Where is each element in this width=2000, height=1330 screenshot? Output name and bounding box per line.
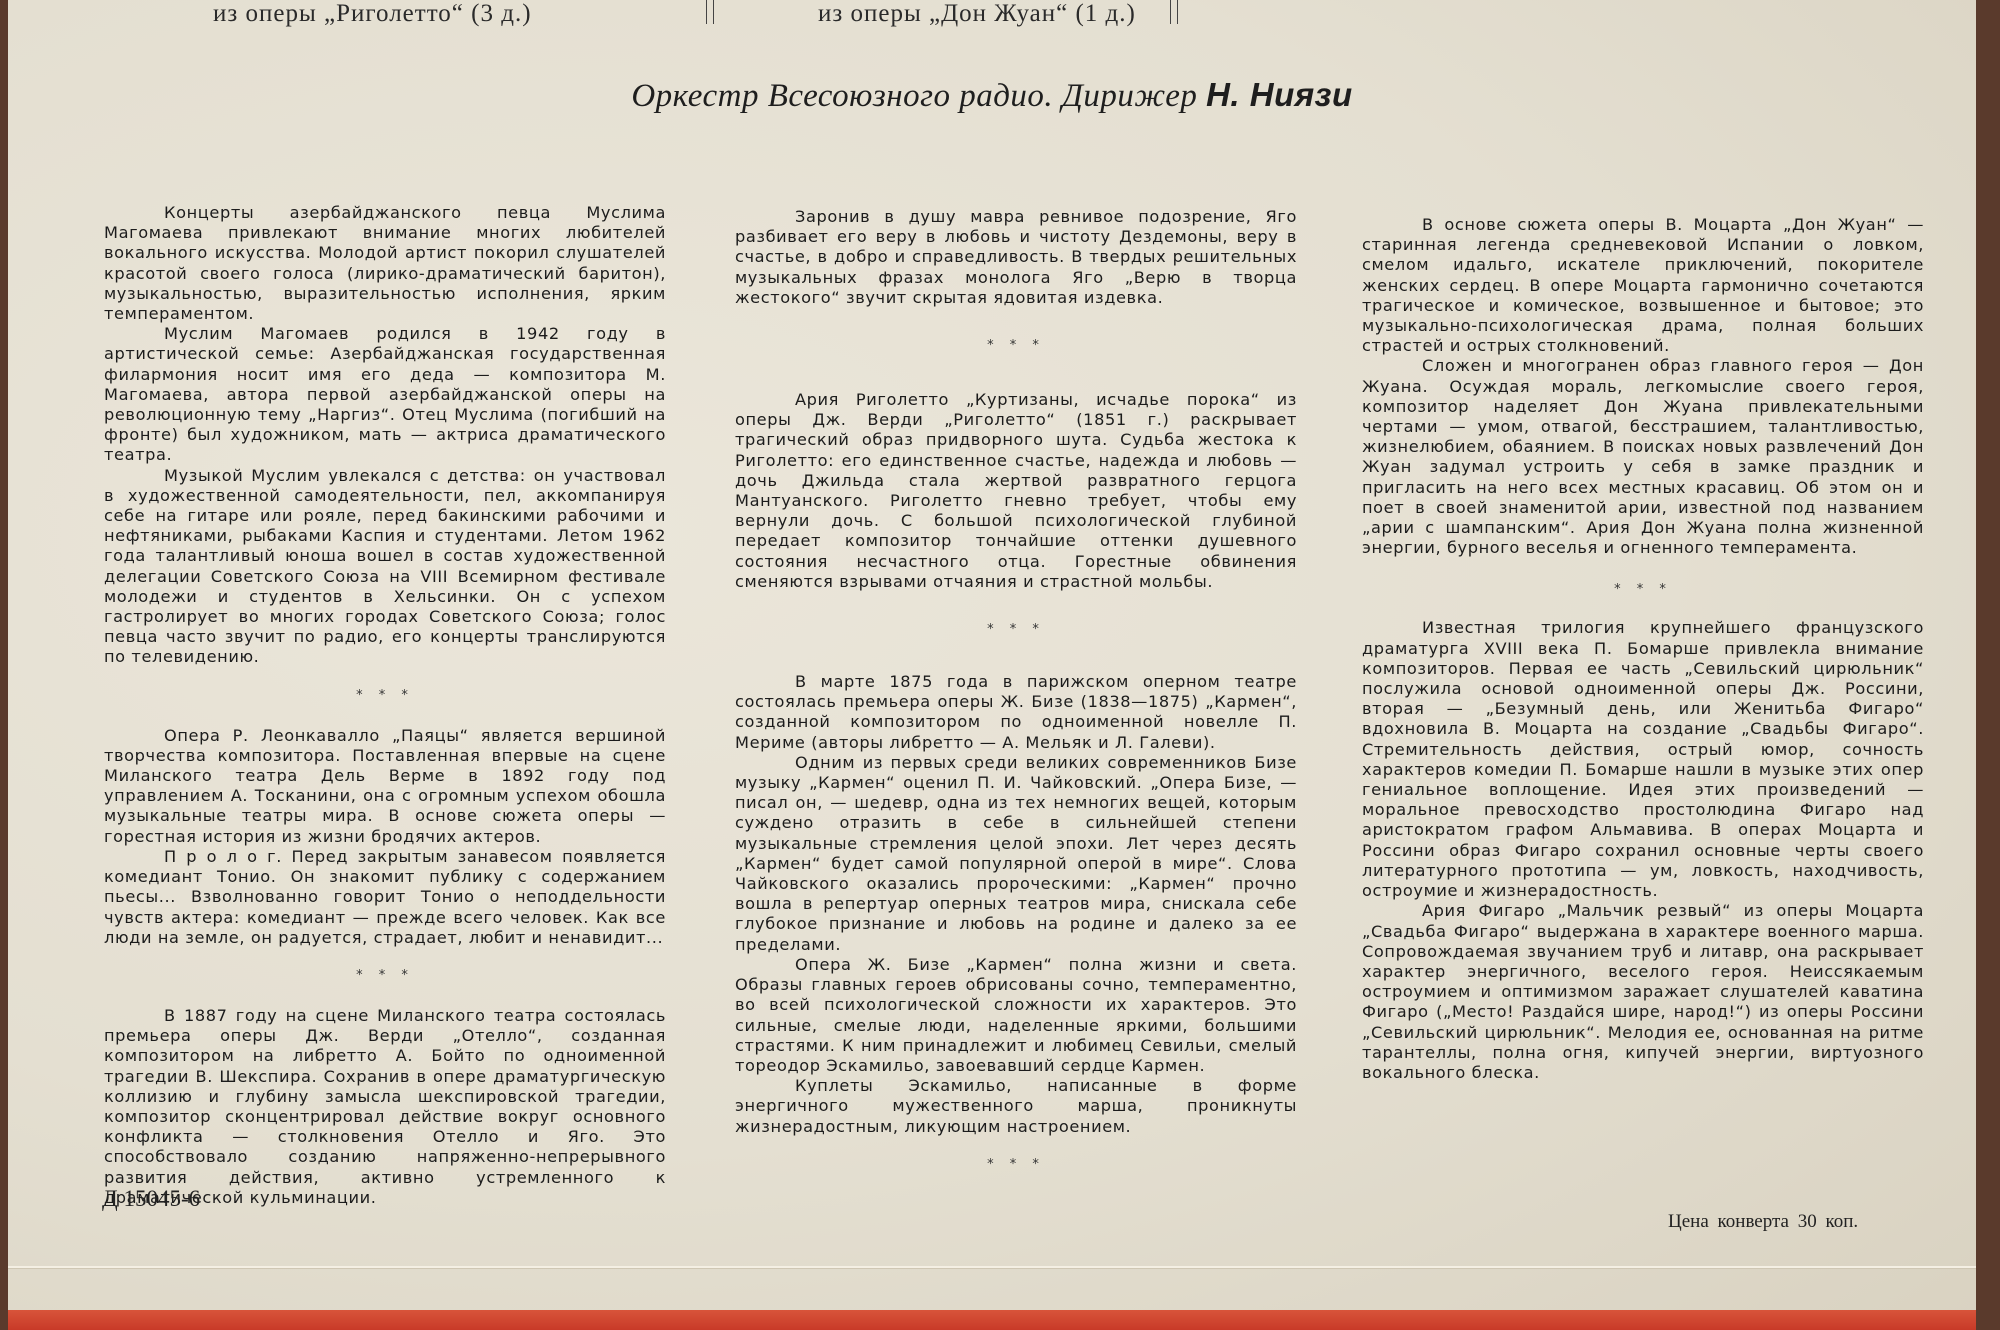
- track-title-rigoletto: из оперы „Риголетто“ (3 д.): [213, 0, 532, 28]
- paragraph: Опера Ж. Бизе „Кармен“ полна жизни и све…: [735, 955, 1297, 1076]
- divider-bar: [706, 0, 714, 24]
- paragraph: В 1887 году на сцене Миланского театра с…: [104, 1006, 666, 1208]
- paragraph: Опера Р. Леонкавалло „Паяцы“ является ве…: [104, 726, 666, 847]
- asterism-separator: * * *: [735, 340, 1297, 352]
- fold-crease: [8, 1266, 1976, 1268]
- asterism-separator: * * *: [735, 1159, 1297, 1171]
- paragraph: Куплеты Эскамильо, написанные в форме эн…: [735, 1076, 1297, 1137]
- paragraph: Известная трилогия крупнейшего французск…: [1362, 618, 1924, 901]
- column-left: Концерты азербайджанского певца Муслима …: [104, 203, 666, 1208]
- paragraph: Ария Фигаро „Мальчик резвый“ из оперы Мо…: [1362, 901, 1924, 1083]
- orchestra-credit: Оркестр Всесоюзного радио. Дирижер Н. Ни…: [8, 76, 1976, 115]
- track-title-don-juan: из оперы „Дон Жуан“ (1 д.): [818, 0, 1136, 28]
- divider-bar: [1170, 0, 1178, 24]
- paragraph: Концерты азербайджанского певца Муслима …: [104, 203, 666, 324]
- red-edge-band: [8, 1310, 1976, 1330]
- asterism-separator: * * *: [104, 690, 666, 702]
- orchestra-label: Оркестр Всесоюзного радио. Дирижер: [631, 78, 1197, 114]
- sleeve-price: Цена конверта 30 коп.: [1668, 1211, 1858, 1233]
- paragraph: П р о л о г. Перед закрытым занавесом по…: [104, 847, 666, 948]
- paragraph: В марте 1875 года в парижском оперном те…: [735, 672, 1297, 753]
- asterism-separator: * * *: [1362, 584, 1924, 596]
- paragraph: Одним из первых среди великих современни…: [735, 753, 1297, 955]
- column-right: В основе сюжета оперы В. Моцарта „Дон Жу…: [1362, 215, 1924, 1083]
- conductor-name: Н. Ниязи: [1206, 76, 1353, 113]
- asterism-separator: * * *: [735, 624, 1297, 636]
- paragraph: Ария Риголетто „Куртизаны, исчадье порок…: [735, 390, 1297, 592]
- catalog-number: Д 15045-6: [102, 1186, 200, 1212]
- paragraph: В основе сюжета оперы В. Моцарта „Дон Жу…: [1362, 215, 1924, 356]
- prologue-label: П р о л о г.: [164, 847, 282, 866]
- asterism-separator: * * *: [104, 970, 666, 982]
- column-middle: Заронив в душу мавра ревнивое подозрение…: [735, 207, 1297, 1195]
- record-sleeve-back: из оперы „Риголетто“ (3 д.) из оперы „До…: [8, 0, 1976, 1330]
- paragraph: Заронив в душу мавра ревнивое подозрение…: [735, 207, 1297, 308]
- paragraph: Муслим Магомаев родился в 1942 году в ар…: [104, 324, 666, 465]
- paragraph: Музыкой Муслим увлекался с детства: он у…: [104, 466, 666, 668]
- paragraph: Сложен и многогранен образ главного геро…: [1362, 356, 1924, 558]
